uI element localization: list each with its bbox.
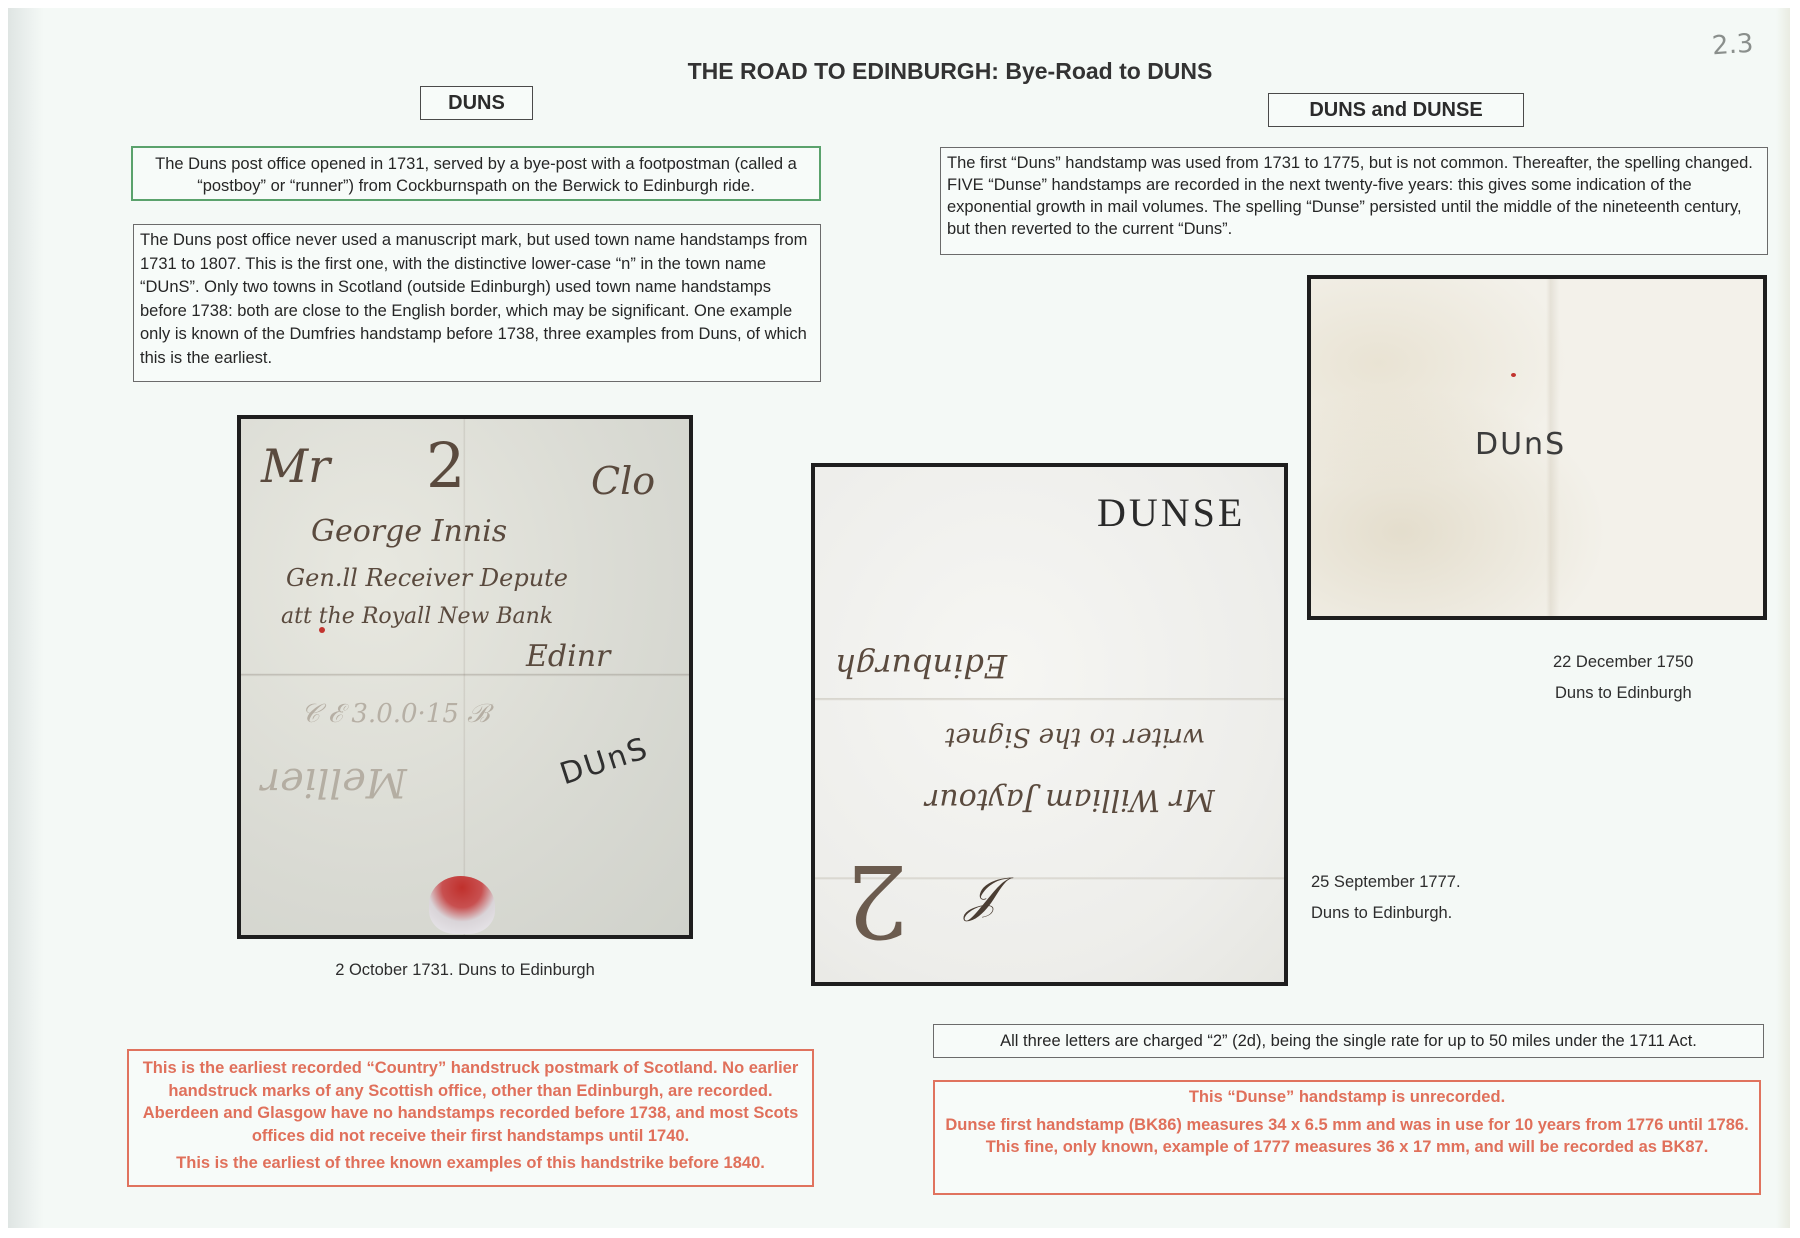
- cover-1731-image: Mr 2 Clo George Innis Gen.ll Receiver De…: [237, 415, 693, 939]
- cover-1750-caption-date: 22 December 1750: [1553, 653, 1693, 672]
- highlight-paragraph: This is the earliest recorded “Country” …: [139, 1057, 802, 1147]
- address-line-inverted: Edinburgh: [835, 647, 1007, 685]
- duns-handstamp: DUnS: [1475, 427, 1566, 462]
- postmaster-mark: 𝒥: [965, 867, 998, 924]
- highlight-paragraph: This is the earliest of three known exam…: [139, 1152, 802, 1175]
- highlight-paragraph: Dunse first handstamp (BK86) measures 34…: [945, 1114, 1749, 1159]
- section-heading-duns-and-dunse: DUNS and DUNSE: [1268, 93, 1524, 127]
- docket-writing: Mellier: [261, 759, 407, 805]
- endorsement-mark: Clo: [591, 459, 655, 503]
- address-line: George Innis: [311, 514, 507, 549]
- dunse-handstamp: DUNSE: [1097, 489, 1245, 536]
- address-line-inverted: Mr William Jaytour: [925, 782, 1215, 817]
- docket-writing: 𝒞 ℰ 3.0.0·15 ℬ: [301, 699, 489, 730]
- intro-text-box: The Duns post office opened in 1731, ser…: [131, 146, 821, 201]
- address-line: Mr: [261, 439, 330, 493]
- dunse-unrecorded-highlight-box: This “Dunse” handstamp is unrecorded. Du…: [933, 1080, 1761, 1195]
- address-line-inverted: writer to the Signet: [945, 722, 1205, 752]
- page-title: THE ROAD TO EDINBURGH: Bye-Road to DUNS: [600, 58, 1300, 85]
- earliest-postmark-highlight-box: This is the earliest recorded “Country” …: [127, 1049, 814, 1187]
- duns-handstamp: DUnS: [556, 731, 653, 792]
- red-ink-mark: [319, 627, 325, 633]
- highlight-paragraph: This “Dunse” handstamp is unrecorded.: [945, 1086, 1749, 1109]
- dunse-description-box: The first “Duns” handstamp was used from…: [940, 147, 1768, 255]
- wax-seal: [429, 876, 495, 934]
- section-heading-duns: DUNS: [420, 86, 533, 120]
- address-line: Edinr: [526, 639, 610, 674]
- page-edge: [1776, 8, 1790, 1228]
- cover-1731-caption: 2 October 1731. Duns to Edinburgh: [237, 961, 693, 980]
- cover-1750-caption-route: Duns to Edinburgh: [1555, 684, 1692, 703]
- cover-1777-caption-route: Duns to Edinburgh.: [1311, 904, 1452, 923]
- charge-mark-inverted: 2: [845, 842, 909, 959]
- address-line: att the Royall New Bank: [281, 604, 553, 629]
- cover-1777-image: DUNSE Edinburgh writer to the Signet Mr …: [811, 463, 1288, 986]
- red-ink-mark: [1511, 373, 1516, 377]
- charge-mark: 2: [426, 429, 465, 502]
- cover-1750-image: DUnS: [1307, 275, 1767, 620]
- charge-note-box: All three letters are charged “2” (2d), …: [933, 1024, 1764, 1058]
- page-binding-shadow: [8, 8, 44, 1228]
- page-number: 2.3: [1711, 29, 1754, 62]
- cover-1777-caption-date: 25 September 1777.: [1311, 873, 1461, 892]
- address-line: Gen.ll Receiver Depute: [286, 564, 568, 592]
- duns-description-box: The Duns post office never used a manusc…: [133, 224, 821, 382]
